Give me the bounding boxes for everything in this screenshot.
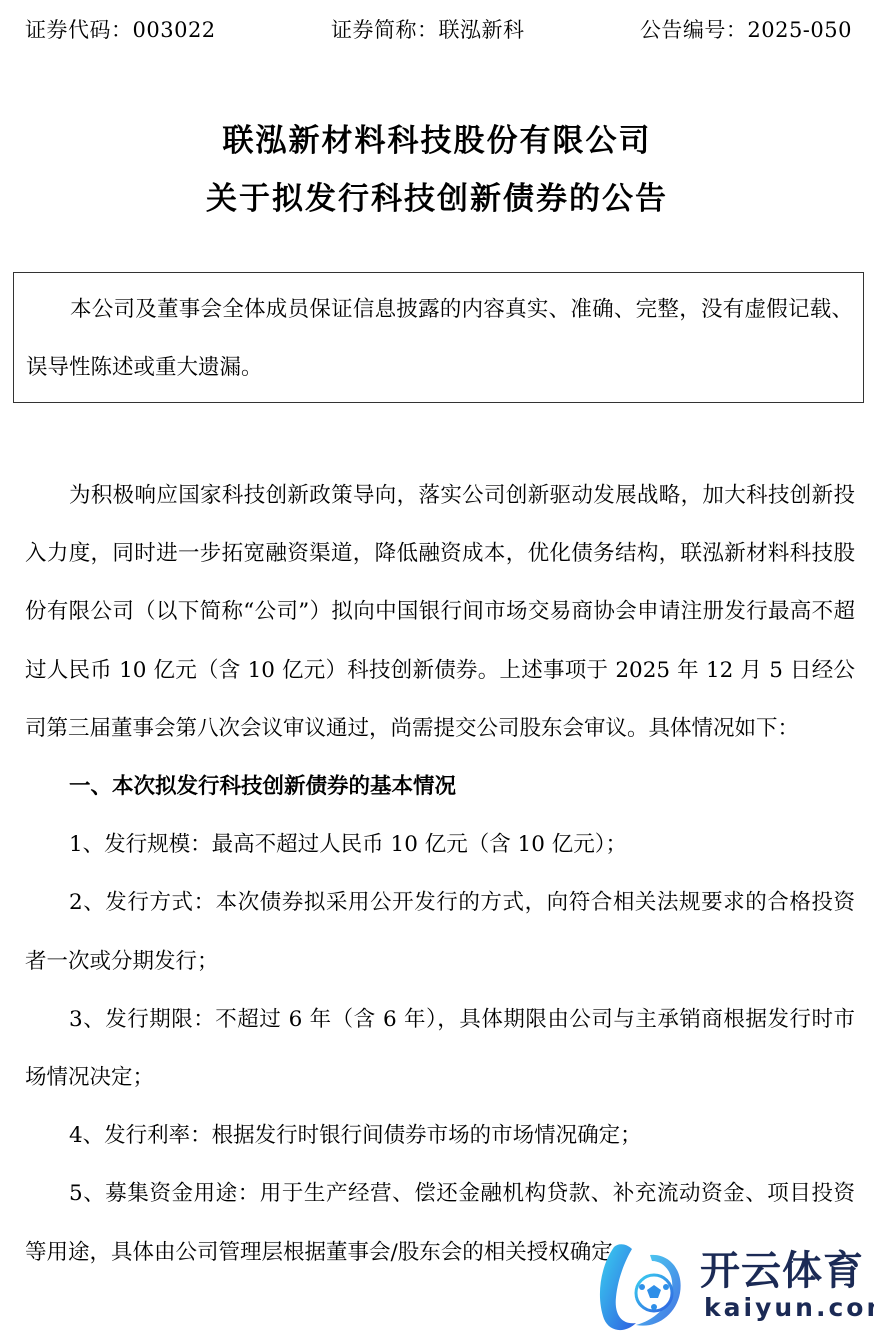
document-body: 为积极响应国家科技创新政策导向，落实公司创新驱动发展战略，加大科技创新投入力度，… [25,467,855,1282]
title-company: 联泓新材料科技股份有限公司 [0,112,874,170]
watermark-brand-en: kaiyun.com [704,1293,874,1322]
list-item-scale: 1、发行规模：最高不超过人民币 10 亿元（含 10 亿元）； [25,816,855,874]
security-short-name: 证券简称：联泓新科 [331,14,525,44]
announcement-number: 公告编号：2025-050 [640,14,852,44]
disclaimer-box: 本公司及董事会全体成员保证信息披露的内容真实、准确、完整，没有虚假记载、误导性陈… [13,272,864,403]
disclaimer-text: 本公司及董事会全体成员保证信息披露的内容真实、准确、完整，没有虚假记载、误导性陈… [26,281,853,397]
security-code: 证券代码：003022 [25,14,216,44]
list-item-rate: 4、发行利率：根据发行时银行间债券市场的市场情况确定； [25,1107,855,1165]
title-subject: 关于拟发行科技创新债券的公告 [0,170,874,228]
document-header: 证券代码：003022 证券简称：联泓新科 公告编号：2025-050 [25,14,852,44]
section-heading: 一、本次拟发行科技创新债券的基本情况 [25,758,855,816]
list-item-use-of-proceeds: 5、募集资金用途：用于生产经营、偿还金融机构贷款、补充流动资金、项目投资等用途，… [25,1165,855,1281]
intro-paragraph: 为积极响应国家科技创新政策导向，落实公司创新驱动发展战略，加大科技创新投入力度，… [25,467,855,758]
list-item-term: 3、发行期限：不超过 6 年（含 6 年），具体期限由公司与主承销商根据发行时市… [25,991,855,1107]
list-item-method: 2、发行方式：本次债券拟采用公开发行的方式，向符合相关法规要求的合格投资者一次或… [25,874,855,990]
document-title: 联泓新材料科技股份有限公司 关于拟发行科技创新债券的公告 [0,112,874,228]
